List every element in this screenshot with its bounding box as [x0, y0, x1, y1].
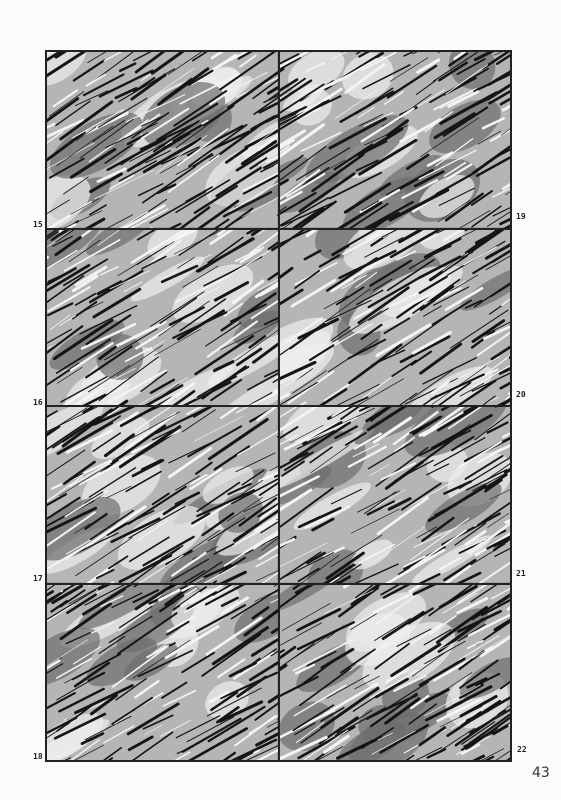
- ink-drawing: [47, 407, 278, 583]
- panel-label-22: 22: [517, 745, 527, 754]
- ink-drawing: [47, 52, 278, 228]
- panel-18: [46, 584, 279, 762]
- panel-label-19: 19: [516, 212, 526, 221]
- panel-20: [279, 229, 512, 407]
- panel-label-17: 17: [33, 574, 43, 583]
- ink-drawing: [280, 230, 511, 406]
- panel-16: [46, 229, 279, 407]
- panel-label-20: 20: [516, 390, 526, 399]
- ink-drawing: [47, 585, 278, 761]
- panel-19: [279, 51, 512, 229]
- panel-label-16: 16: [33, 398, 43, 407]
- panel-label-15: 15: [33, 220, 43, 229]
- panel-21: [279, 406, 512, 584]
- ink-drawing: [280, 52, 511, 228]
- page-number: 43: [532, 765, 550, 781]
- ink-drawing: [47, 230, 278, 406]
- panel-15: [46, 51, 279, 229]
- ink-drawing: [280, 407, 511, 583]
- storyboard-grid: [45, 50, 512, 762]
- panel-17: [46, 406, 279, 584]
- panel-label-21: 21: [516, 569, 526, 578]
- ink-drawing: [280, 585, 511, 761]
- panel-label-18: 18: [33, 752, 43, 761]
- panel-22: [279, 584, 512, 762]
